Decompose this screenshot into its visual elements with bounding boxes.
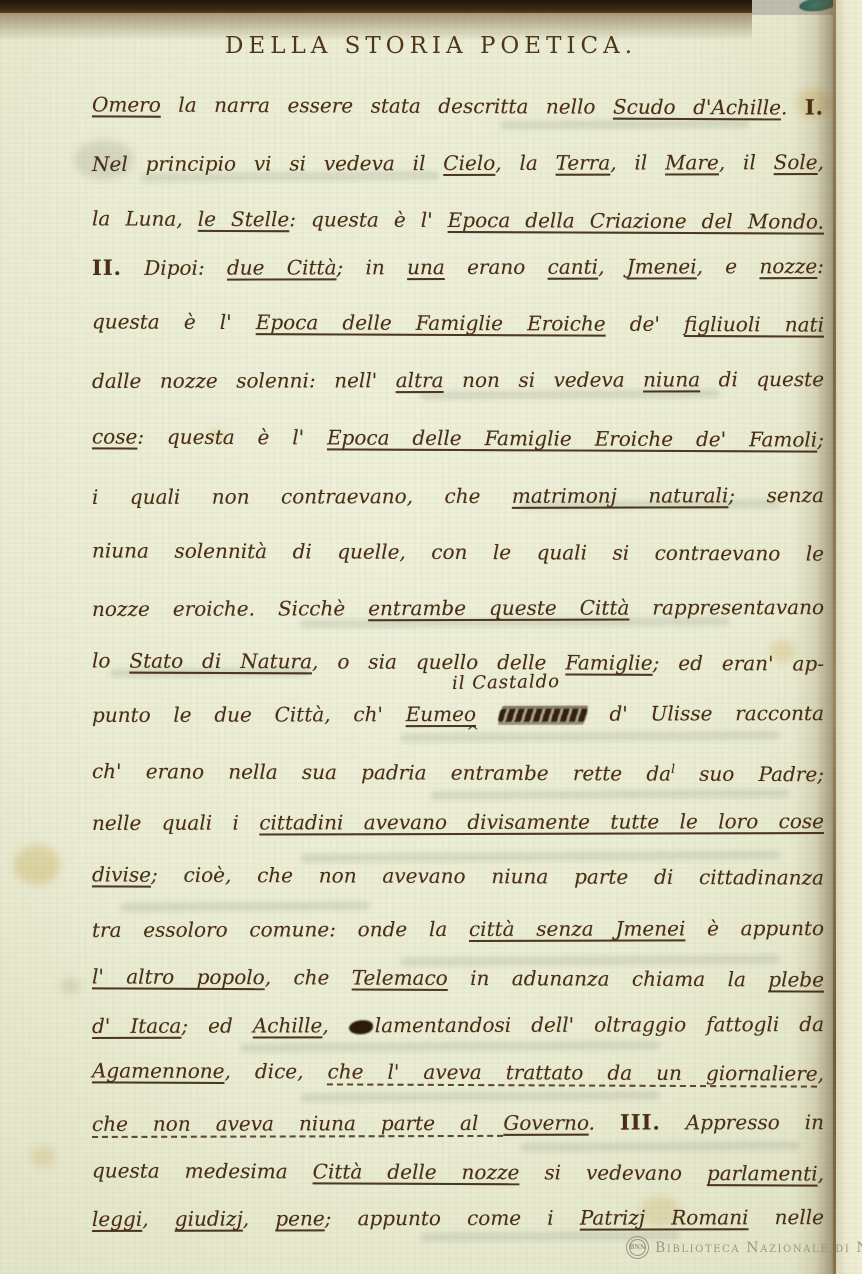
line-segment: , il <box>719 150 774 174</box>
line-segment: , che <box>265 965 352 989</box>
line-segment: questa è l' <box>92 309 256 334</box>
line-segment: Governo <box>503 1111 588 1135</box>
bnn-monogram-icon: BNN <box>626 1236 649 1259</box>
line-segment: Nel principio vi si vedeva il <box>92 151 443 176</box>
line-segment: , e <box>697 254 760 278</box>
insertion-caret-mark: ^ <box>466 722 479 741</box>
line-segment: , <box>818 150 824 174</box>
manuscript-line: Omero la narra essere stata descritta ne… <box>92 90 824 121</box>
line-segment: d' Itaca <box>92 1014 181 1038</box>
line-segment: : questa è l' <box>289 207 448 232</box>
manuscript-line: cose: questa è l' Epoca delle Famiglie E… <box>92 423 824 453</box>
manuscript-line: nozze eroiche. Sicchè entrambe queste Ci… <box>92 594 824 623</box>
manuscript-line: questa medesima Città delle nozze si ved… <box>92 1157 824 1187</box>
manuscript-line: II. Dipoi: due Città; in una erano canti… <box>92 252 824 282</box>
line-segment: matrimonj naturali <box>512 483 729 508</box>
line-segment: altra <box>396 368 444 392</box>
line-segment: l' altro popolo <box>92 964 265 989</box>
manuscript-line: niuna solennità di quelle, con le quali … <box>92 537 824 567</box>
line-segment: de' <box>606 312 684 336</box>
line-segment: , <box>142 1207 175 1231</box>
line-segment: divise <box>92 862 151 886</box>
line-segment: Cielo <box>443 151 495 175</box>
line-segment: ; ed <box>181 1014 253 1038</box>
line-segment: lamentandosi dell' oltraggio fattogli da <box>375 1012 824 1037</box>
manuscript-line: i quali non contraevano, che matrimonj n… <box>92 482 824 511</box>
line-segment: che non aveva niuna parte al <box>92 1111 503 1136</box>
line-segment: Achille <box>253 1013 323 1037</box>
line-segment: Jmenei <box>627 254 697 278</box>
line-segment: Dipoi: <box>122 256 227 280</box>
line-segment: parlamenti <box>707 1161 818 1185</box>
line-segment: Appresso in <box>661 1110 824 1134</box>
line-segment: , <box>322 1013 348 1037</box>
showthrough-mark <box>300 1091 660 1103</box>
paper-stain <box>30 1146 56 1168</box>
manuscript-page-scan: DELLA STORIA POETICA. Omero la narra ess… <box>0 0 862 1274</box>
line-segment: Sole <box>774 150 818 174</box>
facing-page-sliver <box>836 0 862 1274</box>
line-segment: nozze <box>759 254 817 278</box>
manuscript-line: nelle quali i cittadini avevano divisame… <box>92 808 824 837</box>
manuscript-line: punto le due Città, ch' Eumeo d' Ulisse … <box>92 700 824 729</box>
line-segment: cittadini avevano divisamente tutte le l… <box>259 809 824 834</box>
line-segment: ; senza <box>728 483 824 507</box>
manuscript-line: tra essoloro comune: onde la città senza… <box>92 915 824 944</box>
manuscript-line: ch' erano nella sua padria entrambe rett… <box>92 753 824 788</box>
line-segment: giudizj <box>175 1207 243 1231</box>
line-segment: niuna <box>643 367 700 391</box>
line-segment: ch' erano nella sua padria entrambe rett… <box>92 759 671 786</box>
manuscript-line: la Luna, le Stelle: questa è l' Epoca de… <box>92 205 824 235</box>
line-segment: d' Ulisse racconta <box>587 701 824 726</box>
line-segment: Epoca della Criazione del Mondo. <box>448 208 824 234</box>
line-segment: ; appunto come i <box>325 1206 580 1231</box>
line-segment: cose <box>92 424 137 448</box>
binding-top-edge <box>0 0 752 13</box>
line-segment: non si vedeva <box>444 368 644 393</box>
line-segment: entrambe queste Città <box>368 596 629 621</box>
line-segment: ; ed eran' ap- <box>653 651 824 676</box>
scribbled-out-word <box>497 709 588 722</box>
line-segment: si vedevano <box>519 1160 707 1185</box>
line-segment: di queste <box>700 367 824 391</box>
line-segment: ; <box>817 428 824 452</box>
line-segment: Famiglie <box>565 650 652 674</box>
line-segment: Epoca delle Famiglie Eroiche <box>256 310 606 336</box>
line-segment: Scudo d'Achille <box>613 95 781 120</box>
showthrough-mark <box>300 850 780 862</box>
line-segment: Terra <box>556 151 611 175</box>
line-segment: città senza Jmenei <box>469 916 685 941</box>
line-segment: le Stelle <box>198 207 290 231</box>
manuscript-line: Nel principio vi si vedeva il Cielo, la … <box>92 149 824 178</box>
line-segment: I. <box>805 95 824 120</box>
line-segment: erano <box>445 255 548 279</box>
watermark-label: Biblioteca Nazionale di Napoli <box>655 1240 862 1256</box>
line-segment: Telemaco <box>352 966 448 990</box>
manuscript-line: questa è l' Epoca delle Famiglie Eroiche… <box>92 308 824 338</box>
showthrough-mark <box>400 731 780 743</box>
line-segment: è appunto <box>685 916 824 940</box>
showthrough-mark <box>240 1041 660 1053</box>
line-segment: suo Padre; <box>675 762 824 787</box>
manuscript-line: divise; cioè, che non avevano niuna part… <box>92 861 824 891</box>
line-segment: dalle nozze solenni: nell' <box>92 368 396 393</box>
line-segment: Patrizj Romani <box>580 1205 749 1229</box>
line-segment: plebe <box>768 967 824 991</box>
line-segment: i quali non contraevano, che <box>92 484 512 509</box>
line-segment: , <box>243 1206 276 1230</box>
line-segment: , il <box>610 150 665 174</box>
line-segment: , la <box>495 151 555 175</box>
manuscript-line: l' altro popolo, che Telemaco in adunanz… <box>92 963 824 993</box>
paper-stain <box>14 845 60 885</box>
line-segment: ; cioè, che non avevano niuna parte di c… <box>151 863 824 890</box>
line-segment: nelle <box>748 1205 824 1229</box>
showthrough-mark <box>520 1141 800 1152</box>
line-segment: leggi <box>92 1207 142 1231</box>
line-segment: in adunanza chiama la <box>448 966 769 991</box>
manuscript-line: Agamennone, dice, che l' aveva trattato … <box>92 1057 824 1087</box>
line-segment: una <box>407 255 445 279</box>
line-segment: : questa è l' <box>137 425 327 450</box>
line-segment: niuna solennità di quelle, con le quali … <box>92 538 824 565</box>
line-segment: III. <box>620 1109 661 1134</box>
line-segment: Mare <box>665 150 719 174</box>
line-segment: rappresentavano <box>629 595 824 620</box>
manuscript-line: d' Itaca; ed Achille, lamentandosi dell'… <box>92 1011 824 1040</box>
line-segment: questa medesima <box>92 1158 313 1183</box>
line-segment: lo <box>92 648 129 672</box>
line-segment: : <box>817 254 824 278</box>
line-segment: , <box>818 1162 824 1186</box>
manuscript-line: leggi, giudizj, pene; appunto come i Pat… <box>92 1204 824 1233</box>
showthrough-mark <box>430 789 790 801</box>
line-segment: nozze eroiche. Sicchè <box>92 596 368 621</box>
line-segment: Epoca delle Famiglie Eroiche de' Famoli <box>327 425 817 451</box>
ink-blot <box>349 1020 373 1034</box>
line-segment: Omero <box>92 92 161 116</box>
line-segment: II. <box>92 255 122 280</box>
line-segment: la narra essere stata descritta nello <box>161 93 613 119</box>
line-segment: punto le due Città, ch' <box>92 702 406 727</box>
line-segment: , <box>818 1062 824 1086</box>
page-title: DELLA STORIA POETICA. <box>0 33 862 59</box>
manuscript-line: dalle nozze solenni: nell' altra non si … <box>92 366 824 395</box>
library-watermark: BNN Biblioteca Nazionale di Napoli <box>626 1236 862 1259</box>
line-segment: che l' aveva trattato da un giornaliere <box>327 1059 817 1085</box>
line-segment: tra essoloro comune: onde la <box>92 917 469 942</box>
line-segment: ; in <box>336 255 407 279</box>
line-segment: figliuoli nati <box>684 312 824 337</box>
manuscript-line: che non aveva niuna parte al Governo. II… <box>92 1108 824 1138</box>
paper-stain <box>60 978 80 994</box>
line-segment: la Luna, <box>92 206 198 230</box>
line-segment: . <box>589 1111 620 1135</box>
line-segment: , <box>598 255 627 279</box>
line-segment: due Città <box>227 255 337 279</box>
line-segment: nelle quali i <box>92 811 259 835</box>
line-segment: Città delle nozze <box>313 1159 520 1184</box>
line-segment: , dice, <box>224 1059 327 1083</box>
showthrough-mark <box>120 901 370 912</box>
line-segment: pene <box>275 1206 324 1230</box>
line-segment: . <box>781 95 805 119</box>
line-segment: Stato di Natura <box>129 649 312 674</box>
interlinear-insertion: il Castaldo <box>452 671 560 694</box>
line-segment: Agamennone <box>92 1058 225 1083</box>
line-segment: canti <box>548 255 599 279</box>
